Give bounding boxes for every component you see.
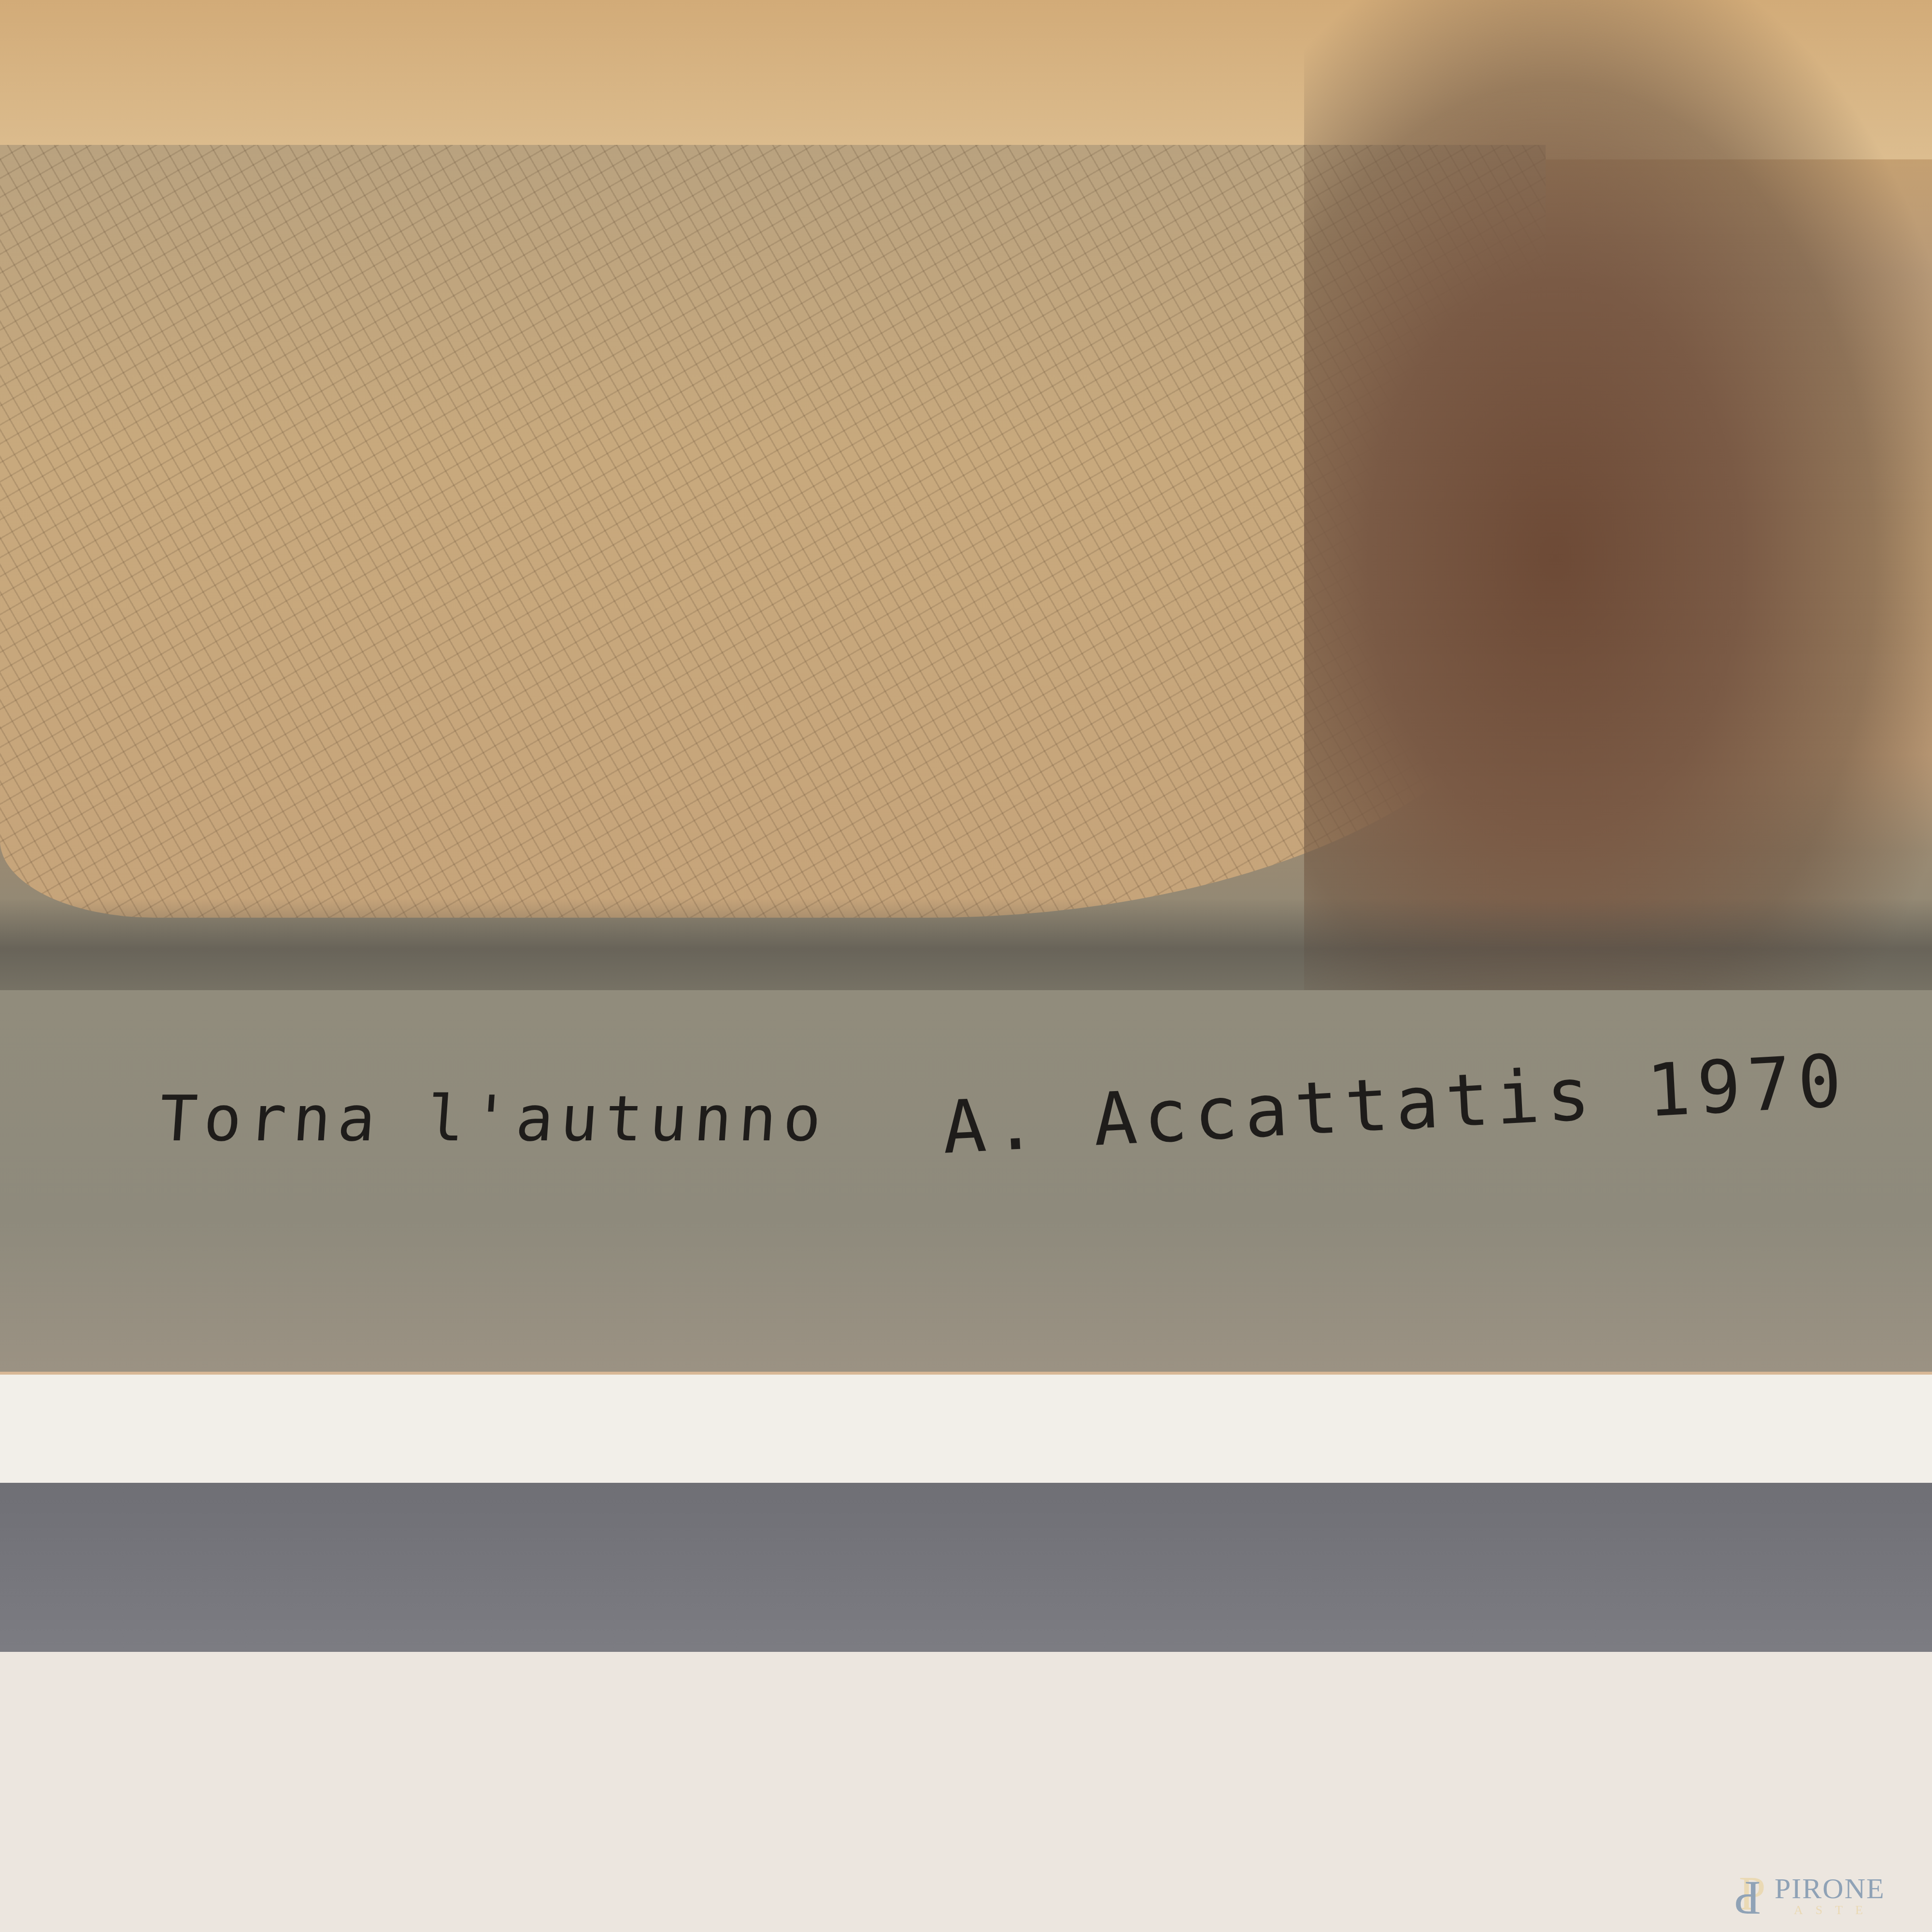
artwork-image: Torna l'autunno A. Accattatis 1970	[0, 0, 1932, 1372]
mat-white-border	[0, 1372, 1932, 1486]
pirone-watermark: P P PIRONE ASTE	[1734, 1869, 1885, 1922]
pirone-logo-icon: P P	[1734, 1869, 1768, 1922]
watermark-sub: ASTE	[1794, 1903, 1885, 1918]
mat-bottom	[0, 1652, 1932, 1932]
foreground-ground	[0, 990, 1932, 1372]
dark-ink-wash	[1304, 0, 1932, 1014]
title-inscription: Torna l'autunno	[157, 1082, 831, 1155]
watermark-brand: PIRONE	[1775, 1874, 1885, 1903]
mat-grey-band	[0, 1483, 1932, 1652]
